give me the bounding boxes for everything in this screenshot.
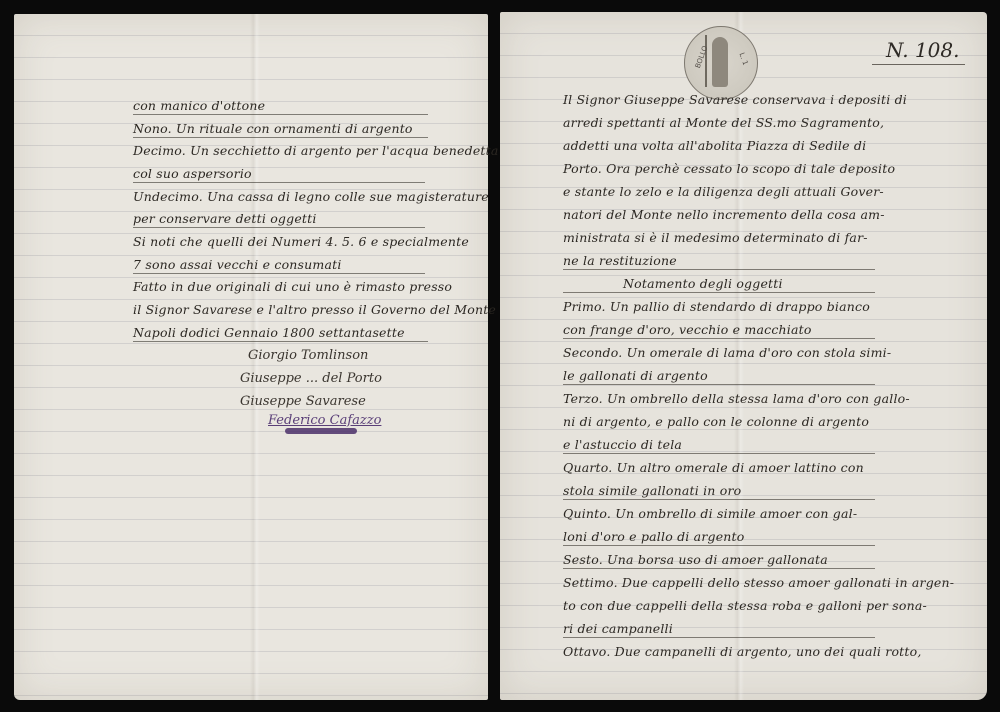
manuscript-line: Nono. Un rituale con ornamenti di argent… — [133, 121, 428, 138]
manuscript-line: addetti una volta all'abolita Piazza di … — [563, 138, 883, 154]
manuscript-line: ni di argento, e pallo con le colonne di… — [563, 414, 883, 430]
manuscript-line: Secondo. Un omerale di lama d'oro con st… — [563, 345, 883, 361]
manuscript-line: il Signor Savarese e l'altro presso il G… — [133, 302, 433, 318]
manuscript-line: le gallonati di argento — [563, 368, 875, 385]
manuscript-line: loni d'oro e pallo di argento — [563, 529, 875, 546]
manuscript-line: arredi spettanti al Monte del SS.mo Sagr… — [563, 115, 883, 131]
manuscript-line: Quinto. Un ombrello di simile amoer con … — [563, 506, 883, 522]
manuscript-line: Napoli dodici Gennaio 1800 settantasette — [133, 325, 428, 342]
signature: Giuseppe Savarese — [240, 394, 366, 409]
manuscript-line: Porto. Ora perchè cessato lo scopo di ta… — [563, 161, 883, 177]
seal-inscription-left: BOLLO — [694, 45, 709, 70]
manuscript-line: 7 sono assai vecchi e consumati — [133, 257, 425, 274]
manuscript-line: Undecimo. Una cassa di legno colle sue m… — [133, 189, 433, 205]
seal-figure-icon — [712, 37, 728, 87]
manuscript-line: con frange d'oro, vecchio e macchiato — [563, 322, 875, 339]
manuscript-line: con manico d'ottone — [133, 98, 428, 115]
manuscript-line: ne la restituzione — [563, 253, 875, 270]
revenue-stamp-seal: BOLLO L. 1 — [684, 26, 758, 100]
manuscript-line: Primo. Un pallio di stendardo di drappo … — [563, 299, 883, 315]
manuscript-line: Quarto. Un altro omerale di amoer lattin… — [563, 460, 883, 476]
manuscript-line: e stante lo zelo e la diligenza degli at… — [563, 184, 883, 200]
signature: Giorgio Tomlinson — [248, 348, 368, 363]
manuscript-line: Si noti che quelli dei Numeri 4. 5. 6 e … — [133, 234, 433, 250]
manuscript-line: Ottavo. Due campanelli di argento, uno d… — [563, 644, 883, 660]
signature: Giuseppe ... del Porto — [240, 371, 382, 386]
manuscript-line: col suo aspersorio — [133, 166, 425, 183]
manuscript-line: ri dei campanelli — [563, 621, 875, 638]
manuscript-line: natori del Monte nello incremento della … — [563, 207, 883, 223]
seal-inscription-right: L. 1 — [737, 52, 749, 67]
manuscript-line: Fatto in due originali di cui uno è rima… — [133, 279, 433, 295]
ink-blot — [285, 428, 357, 434]
manuscript-line: Decimo. Un secchietto di argento per l'a… — [133, 143, 433, 159]
document-number: N. 108. — [872, 38, 965, 65]
section-heading: Notamento degli oggetti — [563, 276, 875, 293]
manuscript-line: e l'astuccio di tela — [563, 437, 875, 454]
seal-staff-icon — [705, 35, 707, 87]
signature: Federico Cafazzo — [268, 413, 381, 428]
manuscript-line: Terzo. Un ombrello della stessa lama d'o… — [563, 391, 883, 407]
manuscript-line: Settimo. Due cappelli dello stesso amoer… — [563, 575, 883, 591]
manuscript-line: Il Signor Giuseppe Savarese conservava i… — [563, 92, 883, 108]
manuscript-line: to con due cappelli della stessa roba e … — [563, 598, 883, 614]
manuscript-line: ministrata si è il medesimo determinato … — [563, 230, 883, 246]
manuscript-line: per conservare detti oggetti — [133, 211, 425, 228]
manuscript-line: stola simile gallonati in oro — [563, 483, 875, 500]
manuscript-line: Sesto. Una borsa uso di amoer gallonata — [563, 552, 875, 569]
